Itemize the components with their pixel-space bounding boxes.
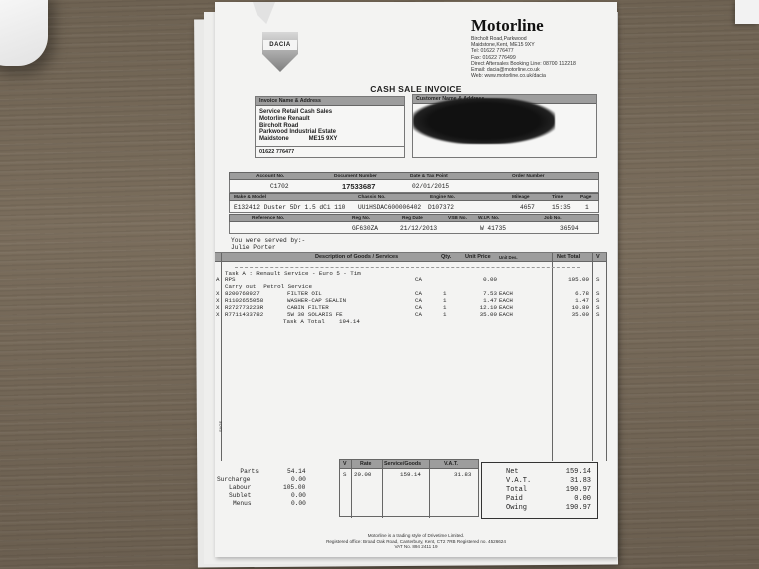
address-line: Service Retail Cash Sales (259, 109, 401, 116)
dealer-block: Motorline Bircholt Road,Parkwood Maidsto… (471, 17, 611, 79)
account-grid-header: Account No. Document Number Date & Tax P… (229, 172, 599, 180)
logo-text: DACIA (263, 40, 297, 50)
task-total-label: Task A Total (283, 319, 325, 325)
invoice-page: DACIA Motorline Bircholt Road,Parkwood M… (215, 2, 617, 557)
vat-header-rate: Rate (360, 461, 371, 467)
summary-label-parts: Parts (240, 468, 259, 475)
vat-rate: 20.00 (354, 472, 371, 478)
task-heading: Task A : Renault Service - Euro 5 - Tim (225, 271, 361, 277)
column-divider (382, 460, 383, 518)
address-line: Motorline Renault (259, 116, 401, 123)
reference-grid-header: Reference No. Reg No. Reg Date VSB No. W… (229, 214, 599, 222)
invoice-address-box: Invoice Name & Address Service Retail Ca… (255, 96, 405, 158)
vehicle-grid-row: E132412 Duster 5Dr 1.5 dCi 110 UU1HSDAC6… (229, 201, 599, 213)
total-value-owing: 190.97 (566, 504, 591, 512)
vat-code: S (343, 472, 346, 478)
account-grid-row: C1702 17533687 02/01/2015 (229, 180, 599, 193)
items-table-header: Description of Goods / Services Qty. Uni… (215, 253, 607, 262)
item-unit: CA (415, 312, 422, 318)
header-page: Page (580, 195, 591, 200)
header-account-no: Account No. (256, 174, 284, 179)
total-label-total: Total (506, 486, 527, 494)
item-price: 35.00 (467, 312, 497, 318)
header-net-total: Net Total (557, 254, 580, 260)
items-table: Description of Goods / Services Qty. Uni… (215, 252, 607, 460)
dashed-separator (235, 267, 580, 268)
summary-label-sublet: Sublet (229, 492, 251, 499)
vehicle-grid-header: Make & Model Chassis No. Engine No. Mile… (229, 193, 599, 201)
header-document-number: Document Number (334, 174, 377, 179)
vat-table-header: V Rate Service/Goods V.A.T. (340, 460, 478, 469)
total-value-vat: 31.83 (570, 477, 591, 485)
vat-header-service-goods: Service/Goods (384, 461, 421, 467)
page-number: 1 (585, 204, 589, 211)
reg-date: 21/12/2013 (400, 225, 437, 232)
dealer-name: Motorline (471, 17, 611, 35)
total-label-net: Net (506, 468, 519, 476)
header-chassis-no: Chassis No. (358, 195, 385, 200)
summary-value-menus: 0.00 (291, 500, 306, 507)
total-label-owing: Owing (506, 504, 527, 512)
header-description: Description of Goods / Services (315, 254, 398, 260)
item-net: 105.00 (555, 277, 589, 283)
wip-no: W 41735 (480, 225, 506, 232)
account-no: C1702 (270, 183, 289, 190)
address-line: Parkwood Industrial Estate (259, 129, 401, 136)
task-total-value: 194.14 (339, 319, 360, 325)
column-divider (592, 253, 593, 461)
total-value-paid: 0.00 (574, 495, 591, 503)
invoice-address-header: Invoice Name & Address (256, 97, 404, 106)
header-vsb-no: VSB No. (448, 216, 467, 221)
item-unit: CA (415, 277, 422, 283)
item-price: 0.00 (467, 277, 497, 283)
summary-value-surcharge: 0.00 (291, 476, 306, 483)
item-flag: X (216, 312, 219, 318)
item-each: EACH (499, 312, 513, 318)
summary-label-menus: Menus (233, 500, 252, 507)
address-line: Bircholt Road (259, 123, 401, 130)
time: 15:35 (552, 204, 571, 211)
chassis-no: UU1HSDAC600006402 (358, 204, 421, 211)
redacted-customer-address (413, 98, 555, 144)
job-no: 36594 (560, 225, 579, 232)
vat-header-vat: V.A.T. (444, 461, 458, 467)
mileage: 4657 (520, 204, 535, 211)
summary-label-surcharge: Surcharge (217, 476, 250, 483)
header-wip-no: W.I.P. No. (478, 216, 499, 221)
served-by-label: You were served by:- (231, 237, 305, 244)
footer: Motorline is a trading style of Drivetim… (215, 533, 617, 550)
summary-label-labour: Labour (229, 484, 251, 491)
total-value-total: 190.97 (566, 486, 591, 494)
side-label: SAGE (218, 421, 223, 432)
header-order-number: Order Number (512, 174, 545, 179)
totals-box: Net 159.14 V.A.T. 31.83 Total 190.97 Pai… (481, 462, 598, 519)
address-line: Maidstone ME15 9XY (259, 136, 401, 143)
vat-header-v: V (343, 461, 347, 467)
engine-no: D107372 (428, 204, 454, 211)
column-divider (552, 253, 553, 461)
column-divider (606, 253, 607, 461)
total-label-vat: V.A.T. (506, 477, 531, 485)
header-engine-no: Engine No. (430, 195, 455, 200)
dealer-web: Web: www.motorline.co.uk/dacia (471, 73, 611, 79)
reference-grid-row: GF630ZA 21/12/2013 W 41735 36594 (229, 222, 599, 234)
header-job-no: Job No. (544, 216, 562, 221)
document-number: 17533687 (342, 182, 375, 191)
vat-table: V Rate Service/Goods V.A.T. S 20.00 159.… (339, 459, 479, 517)
document-title: CASH SALE INVOICE (215, 84, 617, 94)
summary-value-labour: 105.00 (283, 484, 305, 491)
vat-service-goods: 159.14 (400, 472, 421, 478)
header-reg-no: Reg No. (352, 216, 370, 221)
item-net: 35.00 (555, 312, 589, 318)
header-mileage: Mileage (512, 195, 530, 200)
item-code: R7711433782 (225, 312, 263, 318)
header-v: V (596, 254, 600, 260)
header-reference-no: Reference No. (252, 216, 284, 221)
make-model: E132412 Duster 5Dr 1.5 dCi 110 (234, 204, 345, 211)
item-qty: 1 (443, 312, 446, 318)
computer-mouse (0, 0, 48, 66)
footer-vat-no: VAT No. 894 2411 19 (215, 544, 617, 550)
torn-corner (253, 2, 275, 24)
reg-no: GF630ZA (352, 225, 378, 232)
header-qty: Qty. (441, 254, 451, 260)
invoice-phone: 01622 776477 (256, 146, 404, 157)
invoice-address: Service Retail Cash Sales Motorline Rena… (256, 106, 404, 146)
served-by-name: Julie Porter (231, 244, 305, 251)
header-make-model: Make & Model (234, 195, 266, 200)
summary-value-parts: 54.14 (287, 468, 306, 475)
total-label-paid: Paid (506, 495, 523, 503)
dacia-logo-icon: DACIA (260, 32, 300, 72)
summary-value-sublet: 0.00 (291, 492, 306, 499)
item-v: S (596, 312, 599, 318)
date-tax-point: 02/01/2015 (412, 183, 449, 190)
header-unit-price: Unit Price (465, 254, 491, 260)
header-unit-des: Unit Des. (499, 255, 518, 260)
item-flag: A (216, 277, 219, 283)
header-time: Time (552, 195, 563, 200)
item-v: S (596, 277, 599, 283)
vat-amount: 31.83 (454, 472, 471, 478)
header-reg-date: Reg Date (402, 216, 423, 221)
paper-corner (735, 0, 759, 24)
column-divider (429, 460, 430, 518)
column-divider (351, 460, 352, 518)
served-by: You were served by:- Julie Porter (231, 237, 305, 251)
header-date-tax-point: Date & Tax Point (410, 174, 448, 179)
total-value-net: 159.14 (566, 468, 591, 476)
